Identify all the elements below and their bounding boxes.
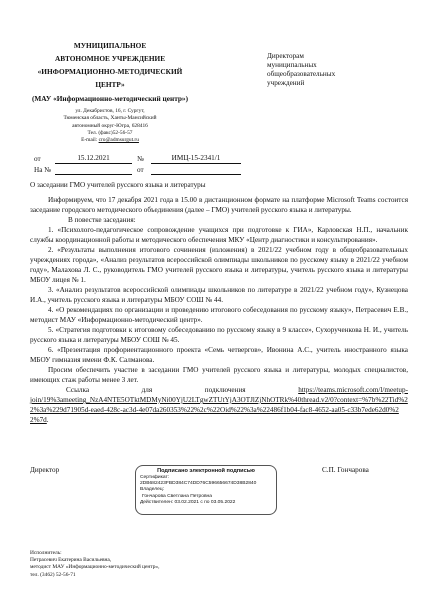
document-number: ИМЦ-15-2341/1: [151, 154, 241, 164]
stamp-title: Подписано электронной подписью: [140, 468, 272, 475]
email-label: E-mail:: [81, 137, 99, 143]
addressee-block: Директорам муниципальных общеобразовател…: [267, 52, 407, 88]
reply-date-label: от: [137, 166, 144, 174]
document-subject: О заседании ГМО учителей русского языка …: [30, 181, 206, 189]
addressee-line: учреждений: [267, 79, 407, 88]
meeting-link-start[interactable]: https://teams.microsoft.com/l/meetup-: [280, 385, 408, 395]
addressee-line: муниципальных: [267, 61, 407, 70]
agenda-item: 1. «Психолого-педагогическое сопровожден…: [30, 225, 408, 245]
link-continuation: join/19%3ameeting_NzA4NTE5OTktMDMyNi00Yj…: [30, 395, 408, 425]
email-line: E-mail: cro@admsurgut.ru: [20, 137, 200, 144]
org-line: ЦЕНТР»: [20, 78, 200, 91]
signatory-name: С.П. Гончарова: [322, 466, 369, 474]
organization-address: ул. Декабристов, 16, г. Сургут, Тюменска…: [20, 108, 200, 144]
org-line: МУНИЦИПАЛЬНОЕ: [20, 39, 200, 52]
link-period: .: [47, 416, 49, 424]
address-line: Тел. (факс)52-56-57: [20, 130, 200, 137]
agenda-item: 4. «О рекомендациях по организации и про…: [30, 305, 408, 325]
organization-header: МУНИЦИПАЛЬНОЕ АВТОНОМНОЕ УЧРЕЖДЕНИЕ «ИНФ…: [20, 39, 200, 105]
intro-paragraph: Информируем, что 17 декабря 2021 года в …: [30, 195, 408, 215]
executor-block: Исполнитель: Петрасевич Екатерина Василь…: [30, 550, 159, 579]
number-label: №: [137, 155, 144, 163]
electronic-signature-stamp: Подписано электронной подписью Сертифика…: [135, 465, 277, 515]
addressee-line: общеобразовательных: [267, 70, 407, 79]
address-line: Тюменская область, Ханты-Мансийский: [20, 115, 200, 122]
agenda-item: 5. «Стратегия подготовки к итоговому соб…: [30, 325, 408, 345]
link-word: для: [124, 385, 153, 395]
request-paragraph: Просим обеспечить участие в заседании ГМ…: [30, 365, 408, 385]
org-abbreviation: (МАУ «Информационно-методический центр»): [20, 92, 200, 105]
date-label: от: [34, 155, 41, 163]
executor-position: методист МАУ «Информационно-методический…: [30, 564, 159, 571]
addressee-line: Директорам: [267, 52, 407, 61]
reply-number: [55, 165, 132, 175]
link-word: Ссылка: [48, 385, 89, 395]
email-link[interactable]: cro@admsurgut.ru: [99, 137, 139, 143]
document-date: 15.12.2021: [55, 154, 132, 164]
agenda-item: 6. «Презентация профориентационного прое…: [30, 345, 408, 365]
meeting-link[interactable]: join/19%3ameeting_NzA4NTE5OTktMDMyNi00Yj…: [30, 396, 408, 424]
signatory-title: Директор: [30, 466, 59, 474]
reply-date: [151, 165, 241, 175]
address-line: автономный округ-Югра, 628416: [20, 123, 200, 130]
validity-period: Действителен: 03.02.2021 с по 03.05.2022: [140, 500, 272, 506]
link-intro-row: Ссылка для подключения https://teams.mic…: [30, 385, 408, 395]
executor-label: Исполнитель:: [30, 550, 159, 557]
link-word: подключения: [187, 385, 246, 395]
agenda-item: 3. «Анализ результатов всероссийской оли…: [30, 285, 408, 305]
reply-number-label: На №: [34, 166, 51, 174]
agenda-item: 2. «Результаты выполнения итогового сочи…: [30, 245, 408, 285]
agenda-label: В повестке заседания:: [30, 215, 408, 225]
org-line: АВТОНОМНОЕ УЧРЕЖДЕНИЕ: [20, 52, 200, 65]
org-line: «ИНФОРМАЦИОННО-МЕТОДИЧЕСКИЙ: [20, 65, 200, 78]
executor-phone: тел. (3462) 52-56-71: [30, 572, 159, 579]
letter-body: Информируем, что 17 декабря 2021 года в …: [30, 195, 408, 425]
